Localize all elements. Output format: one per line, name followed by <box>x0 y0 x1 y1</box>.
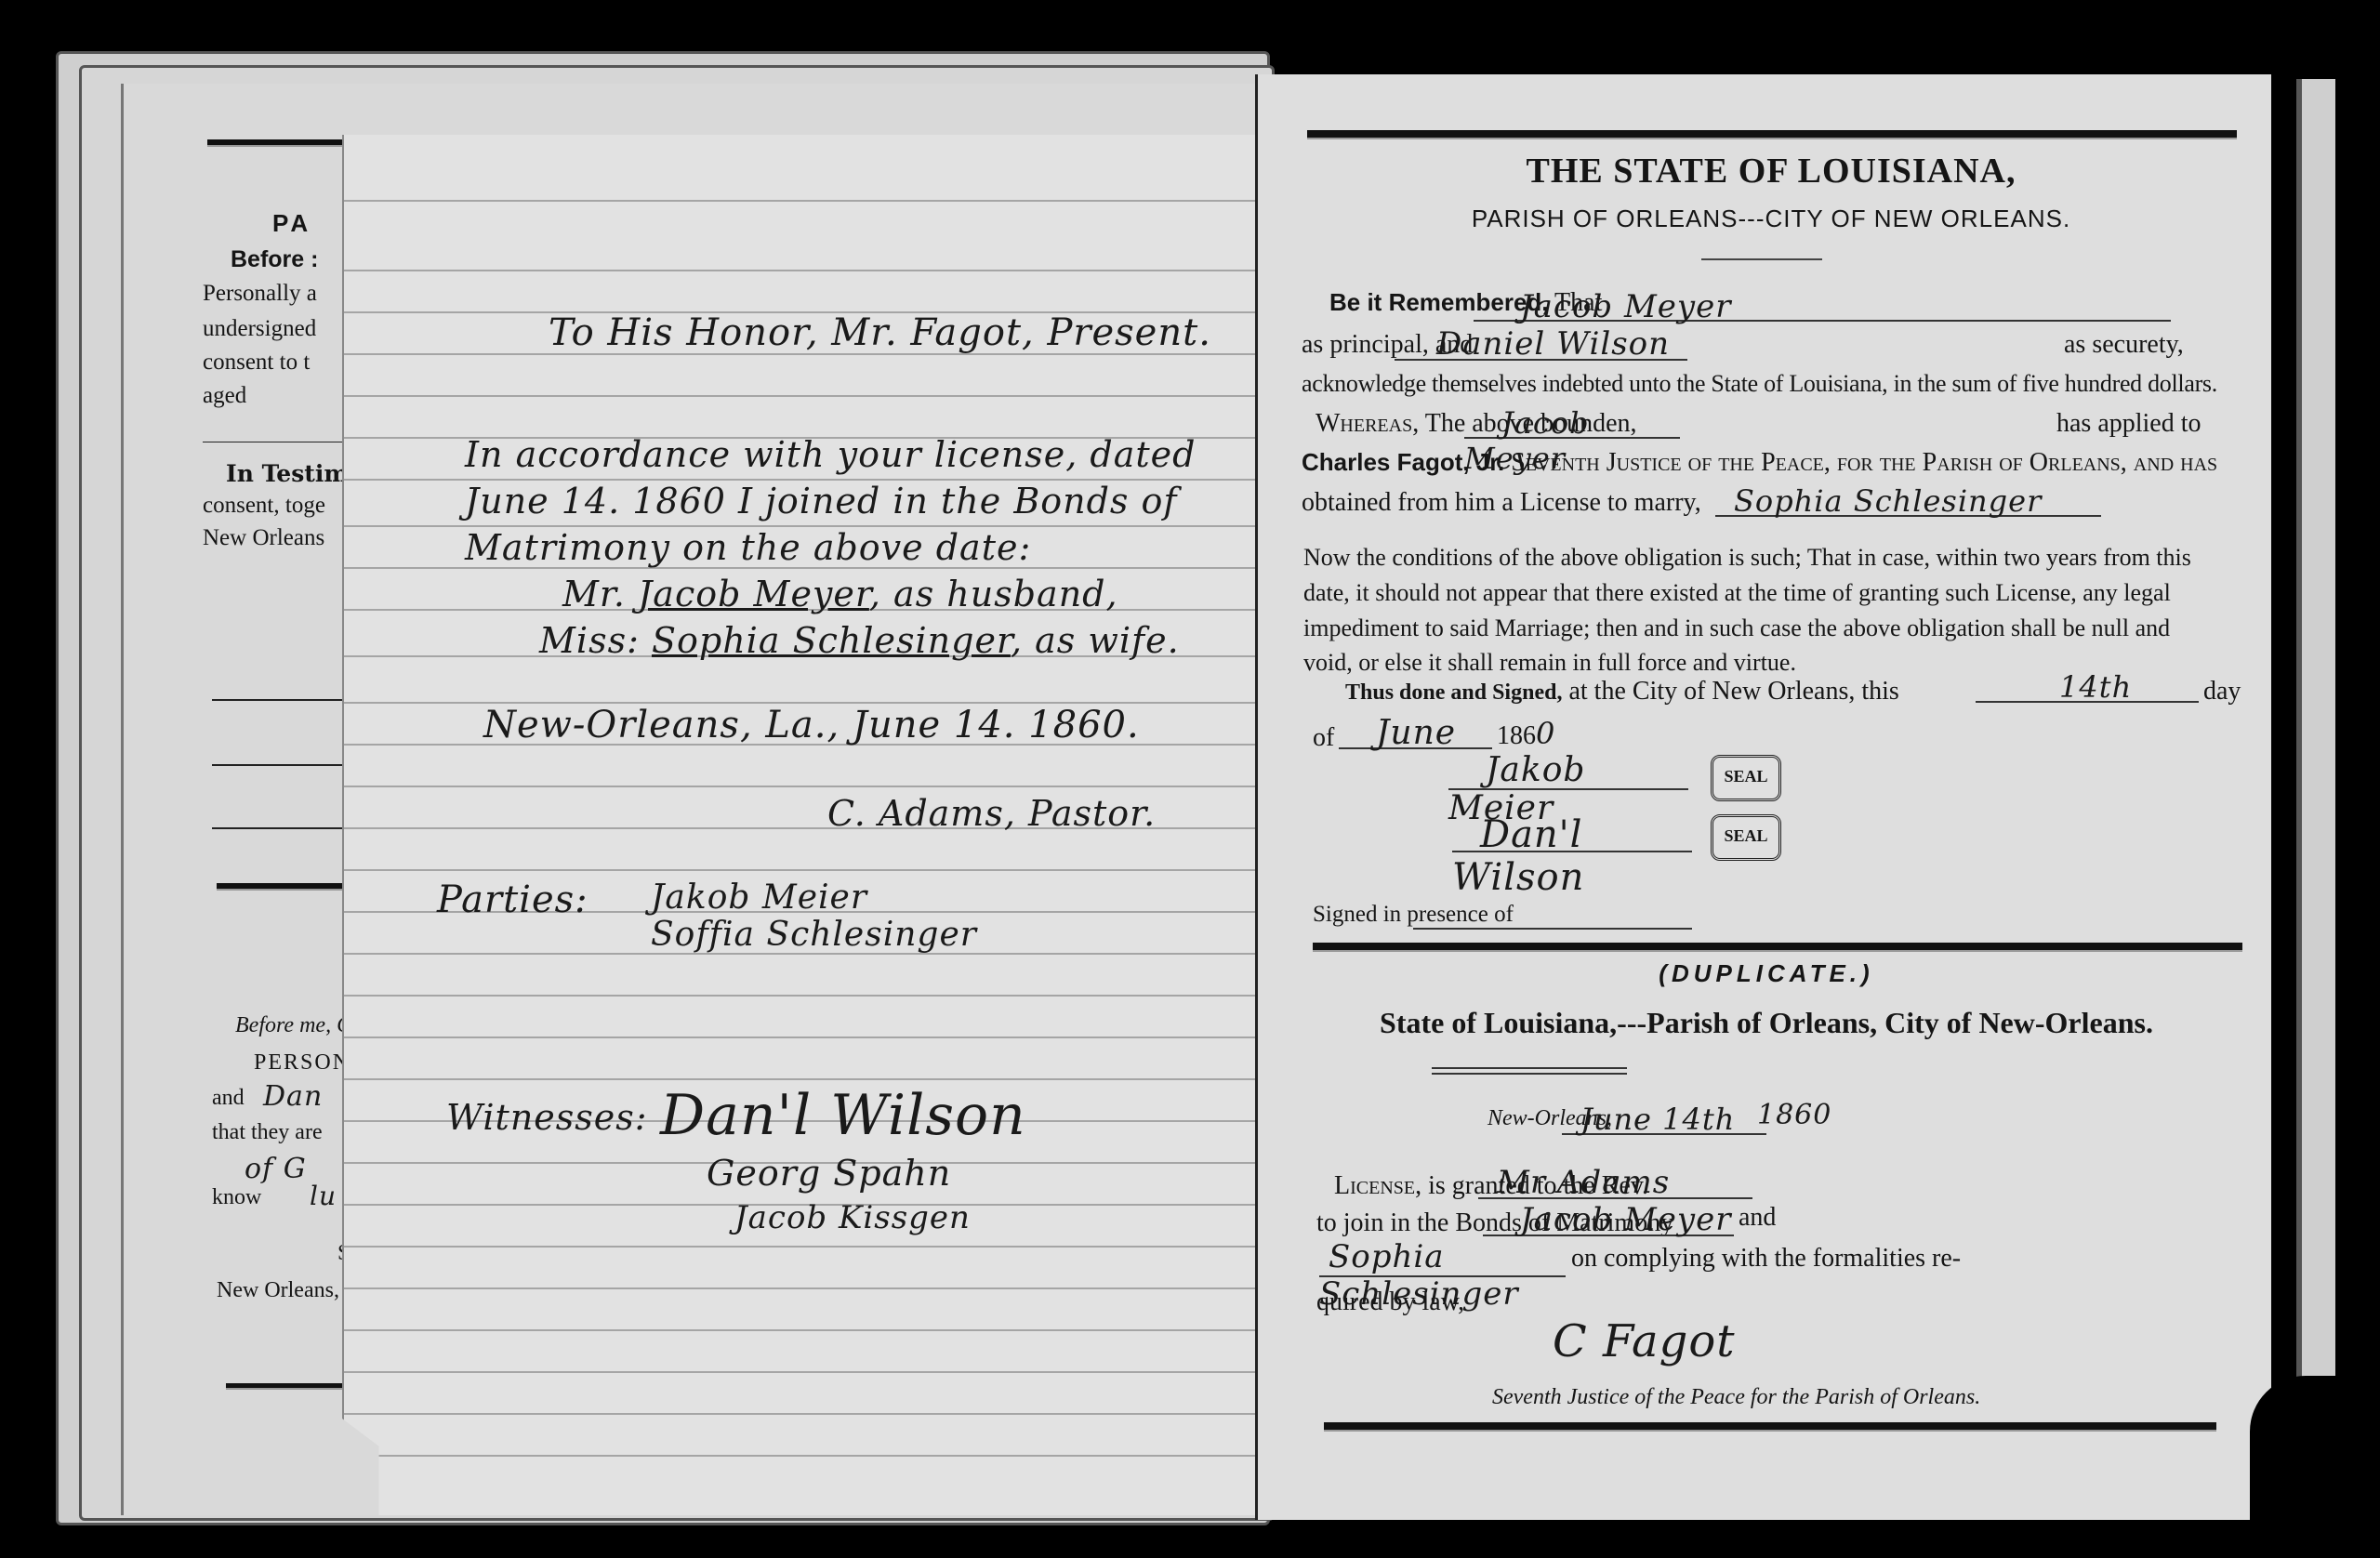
day-field: 14th <box>1976 669 2199 703</box>
bride-field: Sophia Schlesinger <box>1715 483 2101 517</box>
divider <box>212 699 351 701</box>
letter-witness-2: Georg Spahn <box>707 1153 951 1194</box>
day-label: day <box>2203 677 2241 706</box>
justice-name: Charles Fagot, Jr. <box>1302 448 1504 476</box>
conditions-line-4: void, or else it shall remain in full fo… <box>1303 649 1796 677</box>
complying-text: on complying with the formalities re- <box>1571 1244 1961 1274</box>
month-field: June <box>1339 714 1492 749</box>
year-prefix: 186 <box>1497 721 1536 750</box>
obtained-label: obtained from him a License to marry, <box>1302 488 1701 518</box>
principal-name: Jacob Meyer <box>1520 288 1732 325</box>
seal-1: SEAL <box>1711 755 1781 801</box>
conditions-line-1: Now the conditions of the above obligati… <box>1303 544 2191 572</box>
groom-name: Jacob Meyer <box>1520 1201 1732 1238</box>
duplicate-label: (DUPLICATE.) <box>1302 959 2231 988</box>
rev-name: Mr Adams <box>1497 1164 1670 1201</box>
wife-name: Sophia Schlesinger <box>652 620 1011 661</box>
letter-party-1: Jakob Meier <box>651 878 867 917</box>
left-heading-fragment: PA <box>272 209 311 238</box>
divider <box>212 764 351 766</box>
surety-signature: Dan'l Wilson <box>1452 813 1584 899</box>
bond-bottom-rule <box>1313 943 2242 952</box>
groom-field: Jacob Meyer <box>1483 1201 1734 1236</box>
and-label: and <box>1739 1203 1776 1233</box>
left-testimony-line-2: New Orleans <box>203 525 324 551</box>
justice-title: Seventh Justice of the Peace, for the Pa… <box>1511 448 2217 477</box>
left-before-fragment: Before : <box>231 246 318 273</box>
letter-place-date: New-Orleans, La., June 14. 1860. <box>483 704 1140 746</box>
bond-subtitle: PARISH OF ORLEANS---CITY OF NEW ORLEANS. <box>1302 205 2241 233</box>
letter-salutation: To His Honor, Mr. Fagot, Present. <box>549 311 1211 354</box>
letter-pastor-signature: C. Adams, Pastor. <box>827 793 1156 834</box>
letter-parties-label: Parties: <box>437 878 588 921</box>
left-and-handwriting: Dan <box>263 1080 323 1113</box>
justice-caption: Seventh Justice of the Peace for the Par… <box>1492 1385 1980 1410</box>
applicant-field: Jacob Meyer <box>1464 405 1680 439</box>
justice-line: Charles Fagot, Jr. Seventh Justice of th… <box>1302 448 2217 478</box>
year-suffix: 0 <box>1536 716 1555 751</box>
left-before-me: Before me, C <box>235 1013 351 1038</box>
at-city-label: at the City of New Orleans, this <box>1568 677 1898 706</box>
bride-license-field: Sophia Schlesinger <box>1319 1238 1566 1277</box>
justice-signature: C Fagot <box>1553 1315 1736 1367</box>
letter-husband-line: Mr. Jacob Meyer, as husband, <box>562 574 1118 614</box>
left-of-handwriting: of G <box>245 1153 307 1185</box>
wife-prefix: Miss: <box>539 620 640 661</box>
letter-party-2: Soffia Schlesinger <box>651 916 977 954</box>
presence-line <box>1413 928 1692 930</box>
left-testimony-line-1: consent, toge <box>203 493 325 519</box>
signature-line-1: Jakob Meier <box>1448 751 1688 790</box>
of-label: of <box>1313 723 1334 753</box>
required-text: quired by law, <box>1316 1287 1464 1317</box>
duplicate-bottom-rule <box>1324 1422 2216 1432</box>
husband-suffix: , as husband, <box>869 574 1118 614</box>
divider-thick <box>217 883 356 891</box>
surety-field: Daniel Wilson <box>1395 325 1687 361</box>
duplicate-title: State of Louisiana,---Parish of Orleans,… <box>1302 1006 2231 1040</box>
letter-witness-3: Jacob Kissgen <box>734 1199 971 1236</box>
left-line-4: aged <box>203 383 246 409</box>
rev-field: Mr Adams <box>1478 1164 1752 1199</box>
letter-witnesses-label: Witnesses: <box>446 1097 648 1138</box>
duplicate-year: 1860 <box>1757 1099 1831 1131</box>
conditions-line-3: impediment to said Marriage; then and in… <box>1303 614 2170 642</box>
thus-done-label: Thus done and Signed, <box>1345 680 1562 705</box>
left-new-orleans: New Orleans, <box>217 1278 339 1303</box>
left-know: know <box>212 1185 261 1210</box>
as-securety-label: as securety, <box>2064 330 2184 360</box>
day-value: 14th <box>2059 669 2132 705</box>
left-line-2: undersigned <box>203 316 316 342</box>
inserted-letter: To His Honor, Mr. Fagot, Present. In acc… <box>342 135 1262 1515</box>
has-applied-label: has applied to <box>2056 409 2201 439</box>
husband-prefix: Mr. <box>562 574 626 614</box>
left-that-they-are: that they are <box>212 1120 323 1145</box>
left-and: and <box>212 1086 245 1111</box>
duplicate-date-field: June 14th <box>1562 1102 1766 1135</box>
principal-field: Jacob Meyer <box>1474 288 2171 322</box>
shadow-corner <box>2250 1376 2380 1558</box>
signed-in-presence-label: Signed in presence of <box>1313 902 1514 928</box>
right-page-edge <box>2296 79 2335 1492</box>
divider <box>212 827 351 829</box>
month-value: June <box>1376 714 1456 752</box>
letter-body-line-1: In accordance with your license, dated <box>465 434 1196 475</box>
left-line-1: Personally a <box>203 281 317 307</box>
whereas-label: Whereas, <box>1316 409 1419 438</box>
seal-2: SEAL <box>1711 814 1781 861</box>
bond-title: THE STATE OF LOUISIANA, <box>1302 151 2241 191</box>
husband-name: Jacob Meyer <box>638 574 869 614</box>
license-label: License, <box>1334 1171 1421 1200</box>
bond-top-rule <box>1307 130 2237 139</box>
letter-body-line-3: Matrimony on the above date: <box>465 527 1031 568</box>
year-field: 1860 <box>1497 716 1555 751</box>
acknowledge-text: acknowledge themselves indebted unto the… <box>1302 370 2217 398</box>
surety-name: Daniel Wilson <box>1436 325 1670 363</box>
letter-wife-line: Miss: Sophia Schlesinger, as wife. <box>539 620 1180 661</box>
duplicate-ornament-rule <box>1432 1067 1627 1075</box>
letter-body-line-2: June 14. 1860 I joined in the Bonds of <box>465 481 1177 522</box>
wife-suffix: , as wife. <box>1011 620 1180 661</box>
left-in-testimony: In Testim <box>226 460 349 487</box>
left-know-handwriting: lu <box>310 1181 337 1211</box>
duplicate-date-value: June 14th <box>1580 1102 1735 1137</box>
letter-witness-1: Dan'l Wilson <box>660 1083 1026 1148</box>
ornament-rule <box>1701 258 1822 260</box>
signature-line-2: Dan'l Wilson <box>1452 813 1692 852</box>
left-line-3: consent to t <box>203 350 310 376</box>
thus-done-line: Thus done and Signed, at the City of New… <box>1345 677 1899 706</box>
bride-name: Sophia Schlesinger <box>1734 483 2042 519</box>
conditions-line-2: date, it should not appear that there ex… <box>1303 579 2171 607</box>
